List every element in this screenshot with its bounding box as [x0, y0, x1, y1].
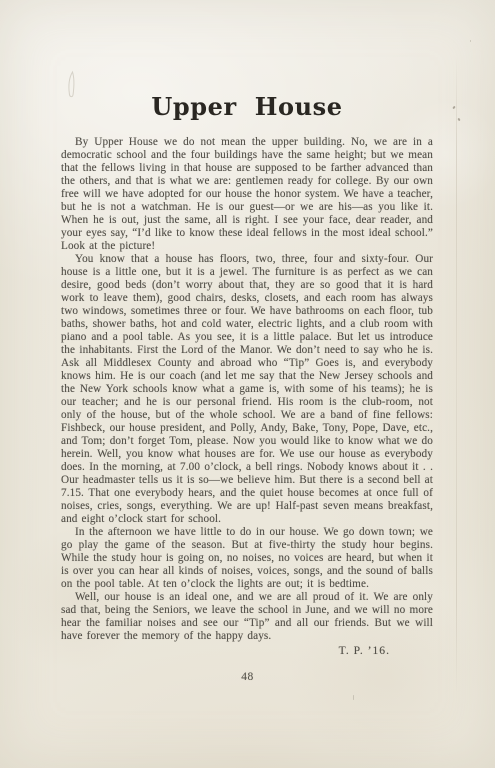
book-page: Upper House By Upper House we do not mea…: [0, 0, 495, 768]
paragraph: In the afternoon we have little to do in…: [61, 526, 433, 591]
page-number: 48: [0, 671, 495, 683]
page-edge-crease: [456, 55, 457, 695]
paper-speck: [457, 118, 460, 122]
author-signature: T. P. ’16.: [61, 644, 433, 657]
paragraph: By Upper House we do not mean the upper …: [61, 136, 433, 253]
paragraph: Well, our house is an ideal one, and we …: [61, 591, 433, 643]
paragraph: You know that a house has floors, two, t…: [61, 253, 433, 526]
page-title: Upper House: [61, 93, 433, 121]
text-column: Upper House By Upper House we do not mea…: [61, 93, 433, 657]
paper-speck: [470, 40, 471, 42]
paper-speck: [353, 695, 354, 700]
